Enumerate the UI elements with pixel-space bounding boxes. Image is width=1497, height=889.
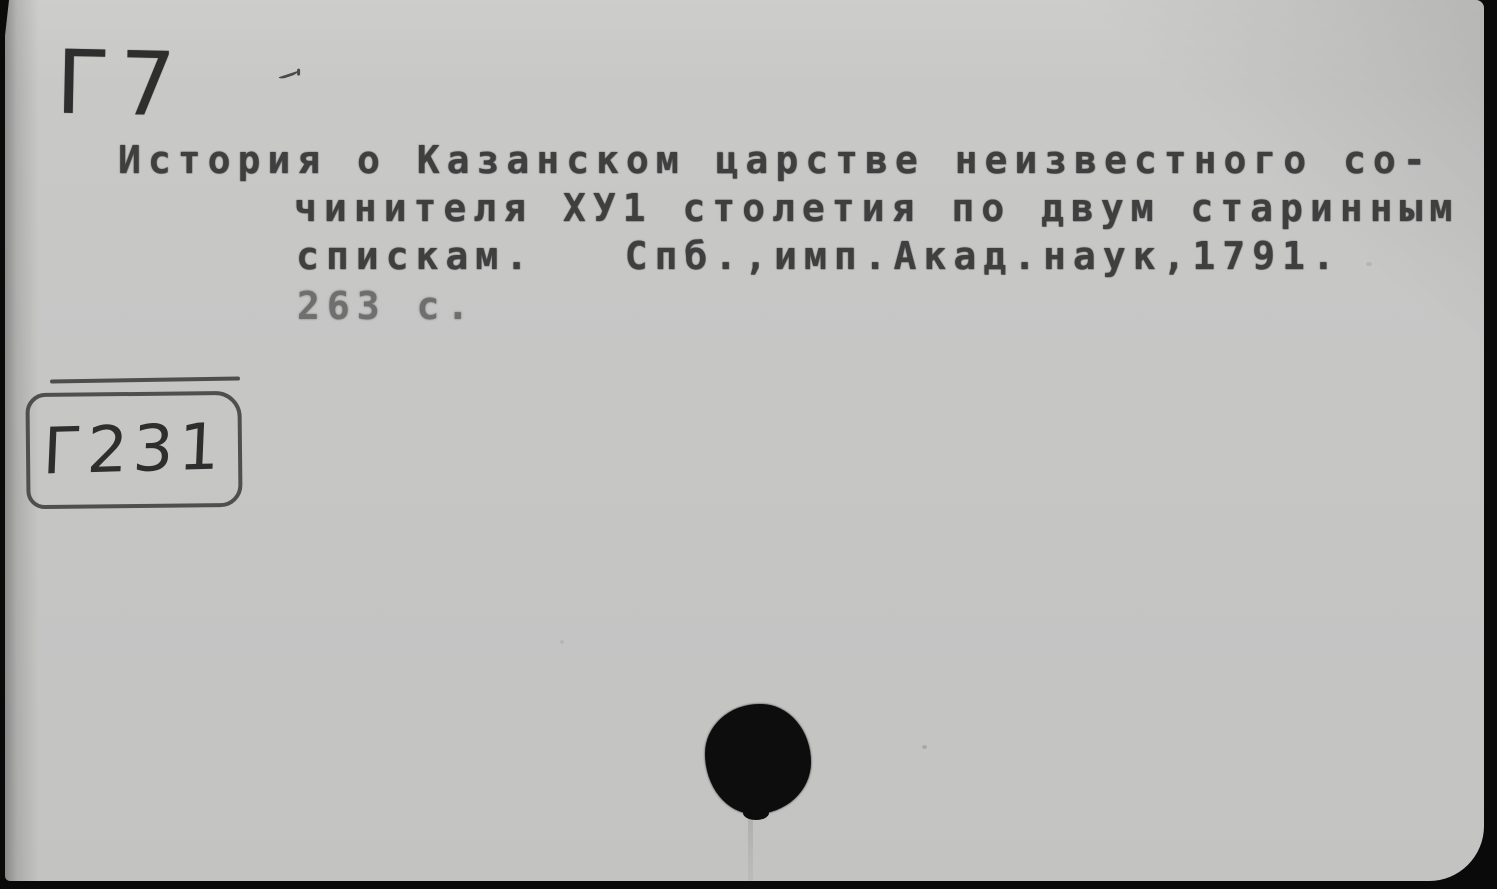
scratch-mark (748, 812, 753, 881)
entry-line-1: История о Казанском царстве неизвестного… (118, 141, 1433, 179)
ink-blot (705, 704, 811, 814)
shelf-stamp-label: Г231 (42, 415, 226, 484)
shelf-stamp-box: Г231 (25, 391, 242, 509)
entry-line-4-pagination: 263 с. (297, 287, 476, 325)
dust-speck (922, 745, 927, 749)
entry-line-3: спискам. Спб.,имп.Акад.наук,1791. (296, 237, 1342, 275)
dust-speck (1366, 262, 1372, 266)
catalog-card-scan: Г7 История о Казанском царстве неизвестн… (0, 0, 1497, 889)
call-number: Г7 (55, 39, 186, 130)
dust-speck (560, 640, 564, 644)
entry-line-2: чинителя ХУ1 столетия по двум старинным (294, 189, 1459, 227)
